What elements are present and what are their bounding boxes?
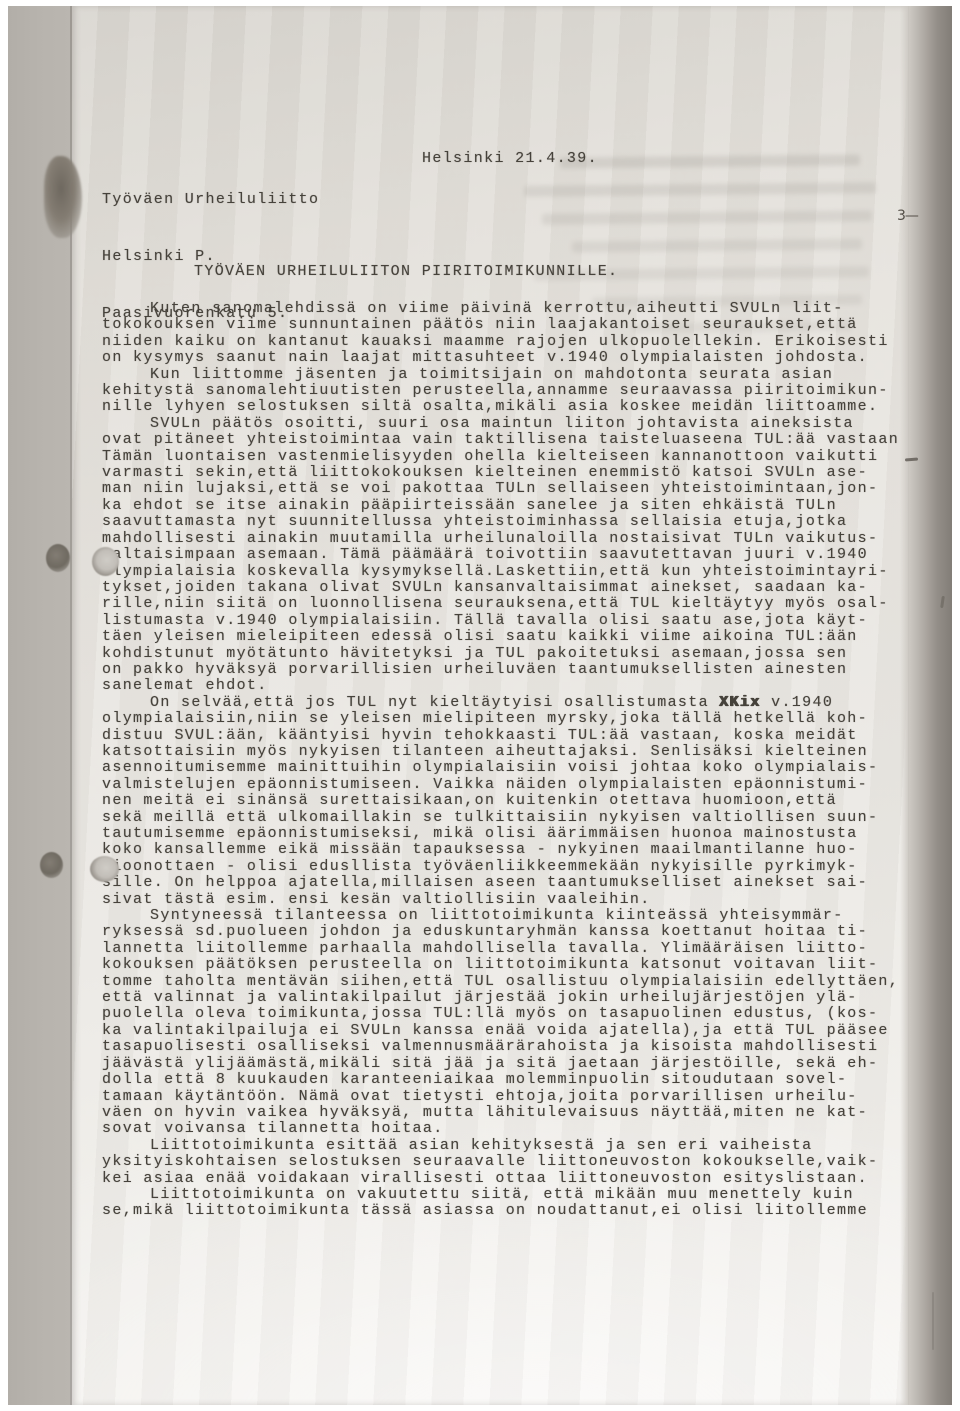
letter-body: Kuten sanomalehdissä on viime päivinä ke…	[102, 301, 914, 1220]
ghost-text-smudge	[524, 182, 876, 197]
overstruck-word: XKix	[719, 694, 760, 711]
scanned-document: Työväen Urheiluliitto Helsinki P. Paasiv…	[8, 6, 952, 1405]
pencil-line-mark	[932, 1292, 934, 1350]
punch-hole-spot	[92, 547, 119, 576]
paragraph: Kuten sanomalehdissä on viime päivinä ke…	[102, 301, 914, 367]
letter-page: Työväen Urheiluliitto Helsinki P. Paasiv…	[70, 6, 908, 1405]
punch-hole-spot	[90, 856, 119, 882]
punch-hole-spot	[46, 544, 70, 572]
ghost-text-smudge	[560, 154, 860, 168]
ghost-text-smudge	[542, 210, 872, 224]
paragraph: Syntyneessä tilanteessa on liittotoimiku…	[102, 908, 914, 1138]
paragraph: Kun liittomme jäsenten ja toimitsijain o…	[102, 367, 914, 416]
dateline: Helsinki 21.4.39.	[422, 150, 598, 167]
binder-clip-mark	[44, 156, 82, 238]
paragraph: On selvää,että jos TUL nyt kieltäytyisi …	[102, 695, 914, 908]
ghost-text-smudge	[572, 238, 862, 252]
paragraph: SVULn päätös osoitti, suuri osa maintun …	[102, 416, 914, 695]
letter-heading: TYÖVÄEN URHEILULIITON PIIRITOIMIKUNNILLE…	[194, 263, 618, 280]
page-number-note: 3—	[897, 208, 918, 224]
paragraph: Liittotoimikunta on vakuutettu siitä, et…	[102, 1187, 914, 1220]
punch-hole-spot	[40, 852, 63, 878]
sender-organization: Työväen Urheiluliitto	[102, 190, 319, 209]
paragraph: Liittotoimikunta esittää asian kehitykse…	[102, 1138, 914, 1187]
